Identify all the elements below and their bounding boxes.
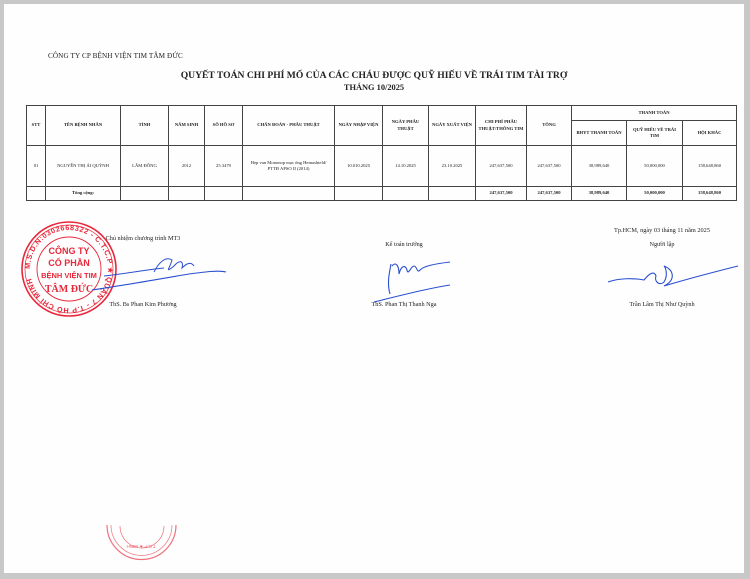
date-line: Tp.HCM, ngày 03 tháng 11 năm 2025: [582, 227, 742, 234]
signature-middle-name: ThS. Phan Thị Thanh Nga: [314, 301, 494, 308]
cell-discharge-date: 23.10.2025: [429, 146, 476, 187]
cell-diagnosis: Hẹp van Mononop mạc ống Hemashield/ PTTĐ…: [243, 146, 335, 187]
cell-empty: [27, 187, 46, 201]
cell-record-no: 25.3479: [205, 146, 243, 187]
header-discharge-date: NGÀY XUẤT VIỆN: [429, 106, 476, 146]
table-row: 01 NGUYỄN THỊ ÁI QUỲNH LÂM ĐỒNG 2012 25.…: [27, 146, 737, 187]
total-fund: 50,000,000: [627, 187, 683, 201]
cell-empty: [335, 187, 383, 201]
header-patient-name: TÊN BỆNH NHÂN: [46, 106, 121, 146]
signature-right-name: Trần Lâm Thị Như Quỳnh: [572, 301, 750, 308]
stamp-line-1: CÔNG TY: [48, 245, 89, 256]
header-surgery-date: NGÀY PHẪU THUẬT: [383, 106, 429, 146]
header-record-no: SỐ HỒ SƠ: [205, 106, 243, 146]
signature-middle-role: Kế toán trưởng: [314, 241, 494, 248]
document-page: CÔNG TY CP BỆNH VIỆN TIM TÂM ĐỨC QUYẾT T…: [4, 4, 744, 573]
signature-left-role: Chủ nhiệm chương trình MT3: [53, 235, 233, 242]
document-title: QUYẾT TOÁN CHI PHÍ MỔ CỦA CÁC CHÁU ĐƯỢC …: [4, 70, 744, 81]
header-diagnosis: CHẨN ĐOÁN - PHẪU THUẬT: [243, 106, 335, 146]
signature-block-left-name: ThS. Bs Phan Kim Phương: [53, 301, 233, 308]
cell-total: 247,637,500: [527, 146, 572, 187]
total-row: Tổng cộng: 247,637,500 247,637,500 38,98…: [27, 187, 737, 201]
cell-surgery-cost: 247,637,500: [476, 146, 527, 187]
document-subtitle: THÁNG 10/2025: [4, 83, 744, 92]
signature-block-middle-name: ThS. Phan Thị Thanh Nga: [314, 301, 494, 308]
cell-patient-name: NGUYỄN THỊ ÁI QUỲNH: [46, 146, 121, 187]
header-total: TỔNG: [527, 106, 572, 146]
cell-bhyt: 38,989,640: [572, 146, 627, 187]
signature-block-right-name: Trần Lâm Thị Như Quỳnh: [572, 301, 750, 308]
cell-stt: 01: [27, 146, 46, 187]
header-stt: STT: [27, 106, 46, 146]
header-birth-year: NĂM SINH: [169, 106, 205, 146]
total-total: 247,637,500: [527, 187, 572, 201]
svg-text:T.C.P ★ MINH: T.C.P ★ MINH: [127, 544, 156, 549]
header-other: HỘI KHÁC: [683, 121, 737, 146]
header-payment-group: THANH TOÁN: [572, 106, 737, 121]
settlement-table: STT TÊN BỆNH NHÂN TỈNH NĂM SINH SỐ HỒ SƠ…: [26, 105, 737, 201]
total-bhyt: 38,989,640: [572, 187, 627, 201]
total-label: Tổng cộng:: [46, 187, 121, 201]
total-other: 158,648,860: [683, 187, 737, 201]
header-surgery-cost: CHI PHÍ PHẪU THUẬT/THÔNG TIM: [476, 106, 527, 146]
signature-right-role: Người lập: [572, 241, 750, 248]
header-bhyt: BHYT THANH TOÁN: [572, 121, 627, 146]
cell-empty: [121, 187, 169, 201]
signature-left-name: ThS. Bs Phan Kim Phương: [53, 301, 233, 308]
header-fund: QUỸ HIẾU VỀ TRÁI TIM: [627, 121, 683, 146]
signature-block-left: Chủ nhiệm chương trình MT3: [53, 235, 233, 242]
signature-block-right: Người lập: [572, 241, 750, 248]
cell-province: LÂM ĐỒNG: [121, 146, 169, 187]
cell-surgery-date: 14.10.2025: [383, 146, 429, 187]
signature-block-middle: Kế toán trưởng: [314, 241, 494, 248]
header-province: TỈNH: [121, 106, 169, 146]
cell-empty: [243, 187, 335, 201]
cell-other: 158,648,860: [683, 146, 737, 187]
stamp-line-4: TÂM ĐỨC: [45, 283, 93, 295]
stamp-line-3: BỆNH VIỆN TIM: [41, 271, 97, 280]
cell-empty: [169, 187, 205, 201]
cell-admission-date: 10.010.2025: [335, 146, 383, 187]
total-surgery-cost: 247,637,500: [476, 187, 527, 201]
cell-birth-year: 2012: [169, 146, 205, 187]
cell-fund: 50,000,000: [627, 146, 683, 187]
company-name: CÔNG TY CP BỆNH VIỆN TIM TÂM ĐỨC: [48, 52, 183, 60]
cell-empty: [429, 187, 476, 201]
stamp-line-2: CỔ PHẦN: [48, 257, 90, 268]
cell-empty: [383, 187, 429, 201]
header-admission-date: NGÀY NHẬP VIỆN: [335, 106, 383, 146]
cell-empty: [205, 187, 243, 201]
